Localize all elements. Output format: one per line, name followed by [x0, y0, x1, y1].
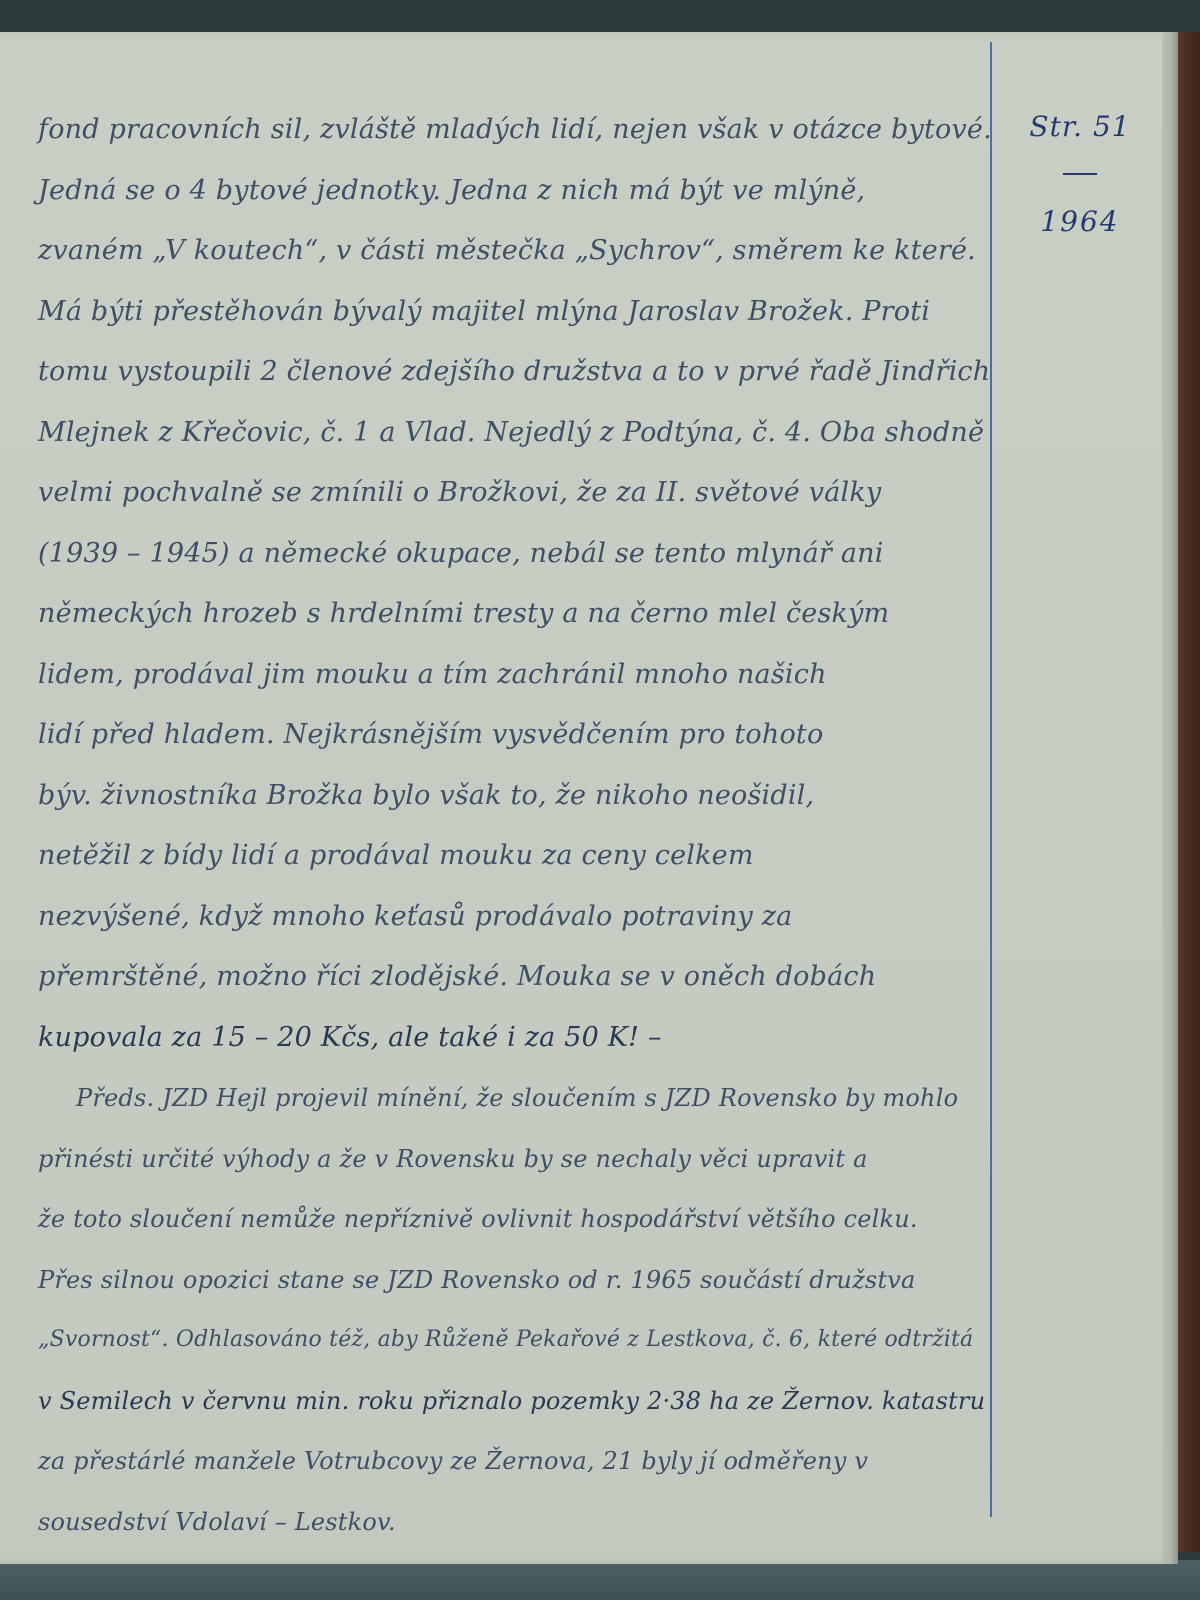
- text-line: lidem, prodával jim mouku a tím zachráni…: [38, 645, 988, 706]
- year-label: 1964: [1000, 205, 1160, 238]
- text-line: za přestárlé manžele Votrubcovy ze Žerno…: [38, 1431, 988, 1492]
- page-number: Str. 51: [1000, 110, 1160, 143]
- margin-notes: Str. 51 1964: [1000, 72, 1160, 238]
- text-line: „Svornost“. Odhlasováno též, aby Růženě …: [38, 1310, 988, 1371]
- margin-separator: [1063, 173, 1097, 175]
- text-line: tomu vystoupili 2 členové zdejšího družs…: [38, 342, 988, 403]
- chronicle-page: Str. 51 1964 fond pracovních sil, zvlášt…: [0, 32, 1178, 1564]
- text-line: německých hrozeb s hrdelními tresty a na…: [38, 584, 988, 645]
- text-line: Předs. JZD Hejl projevil mínění, že slou…: [38, 1068, 988, 1129]
- page-edge: [1162, 32, 1178, 1564]
- text-line: lidí před hladem. Nejkrásnějším vysvědče…: [38, 705, 988, 766]
- text-line: Má býti přestěhován bývalý majitel mlýna…: [38, 282, 988, 343]
- text-line: sousedství Vdolaví – Lestkov.: [38, 1492, 988, 1553]
- text-line: fond pracovních sil, zvláště mladých lid…: [38, 100, 988, 161]
- text-line: Přes silnou opozici stane se JZD Rovensk…: [38, 1250, 988, 1311]
- text-line: býv. živnostníka Brožka bylo však to, že…: [38, 766, 988, 827]
- text-line: Jedná se o 4 bytové jednotky. Jedna z ni…: [38, 161, 988, 222]
- text-line: přemrštěné, možno říci zlodějské. Mouka …: [38, 947, 988, 1008]
- backdrop: [0, 1560, 1200, 1600]
- text-line: netěžil z bídy lidí a prodával mouku za …: [38, 826, 988, 887]
- text-line: zvaném „V koutech“, v části městečka „Sy…: [38, 221, 988, 282]
- text-line: (1939 – 1945) a německé okupace, nebál s…: [38, 524, 988, 585]
- text-line: že toto sloučení nemůže nepříznivě ovliv…: [38, 1189, 988, 1250]
- text-line: v Semilech v červnu min. roku přiznalo p…: [38, 1371, 988, 1432]
- text-line: Mlejnek z Křečovic, č. 1 a Vlad. Nejedlý…: [38, 403, 988, 464]
- text-line: nezvýšené, když mnoho keťasů prodávalo p…: [38, 887, 988, 948]
- text-line: přinésti určité výhody a že v Rovensku b…: [38, 1129, 988, 1190]
- text-line: velmi pochvalně se zmínili o Brožkovi, ž…: [38, 463, 988, 524]
- handwritten-body: fond pracovních sil, zvláště mladých lid…: [38, 100, 988, 1552]
- margin-rule: [990, 42, 992, 1517]
- text-line: kupovala za 15 – 20 Kčs, ale také i za 5…: [38, 1008, 988, 1069]
